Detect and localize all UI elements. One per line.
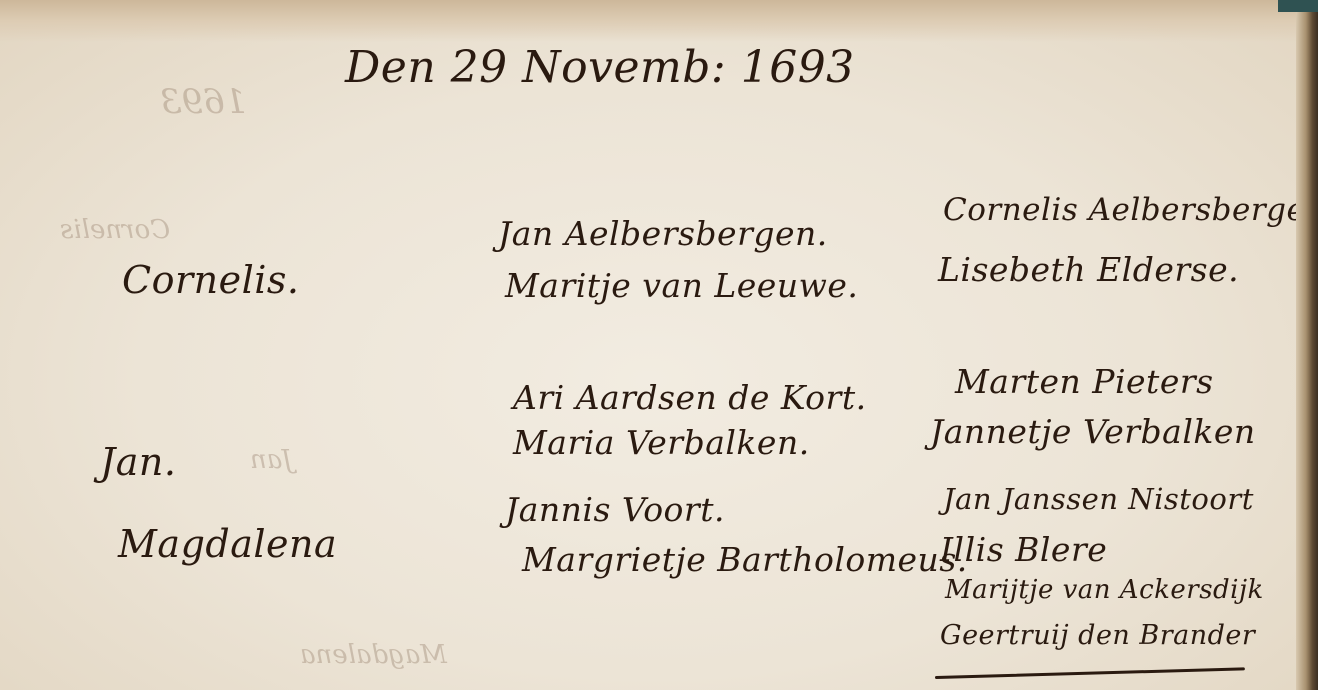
register-page: 1693 Cornelis Jan Magdalena Den 29 Novem… bbox=[0, 0, 1300, 690]
mother-name: Maritje van Leeuwe. bbox=[505, 266, 858, 305]
bleed-through-text: Magdalena bbox=[300, 640, 447, 670]
child-name: Jan. bbox=[100, 440, 176, 484]
closing-rule-line bbox=[935, 667, 1245, 679]
father-name: Jannis Voort. bbox=[505, 490, 725, 529]
child-name: Magdalena bbox=[118, 522, 337, 566]
binding-corner bbox=[1278, 0, 1318, 12]
book-gutter bbox=[1296, 0, 1318, 690]
witness-name: Geertruij den Brander bbox=[940, 620, 1255, 651]
witness-name: Jan Janssen Nistoort bbox=[943, 482, 1254, 516]
witness-name: Lisebeth Elderse. bbox=[938, 250, 1239, 289]
mother-name: Maria Verbalken. bbox=[513, 423, 810, 462]
child-name: Cornelis. bbox=[122, 258, 299, 302]
witness-name: Marten Pieters bbox=[955, 362, 1214, 401]
date-heading: Den 29 Novemb: 1693 bbox=[345, 42, 855, 93]
witness-name: Cornelis Aelbersberge bbox=[943, 192, 1300, 228]
page-top-edge bbox=[0, 0, 1300, 42]
bleed-through-text: Cornelis bbox=[60, 215, 170, 245]
witness-name: Marijtje van Ackersdijk bbox=[945, 575, 1264, 605]
witness-name: Illis Blere bbox=[940, 530, 1107, 569]
father-name: Ari Aardsen de Kort. bbox=[513, 378, 867, 417]
bleed-through-text: Jan bbox=[250, 445, 293, 475]
father-name: Jan Aelbersbergen. bbox=[498, 214, 828, 253]
bleed-through-text: 1693 bbox=[160, 82, 247, 122]
mother-name: Margrietje Bartholomeus. bbox=[522, 540, 968, 579]
witness-name: Jannetje Verbalken bbox=[930, 412, 1256, 451]
